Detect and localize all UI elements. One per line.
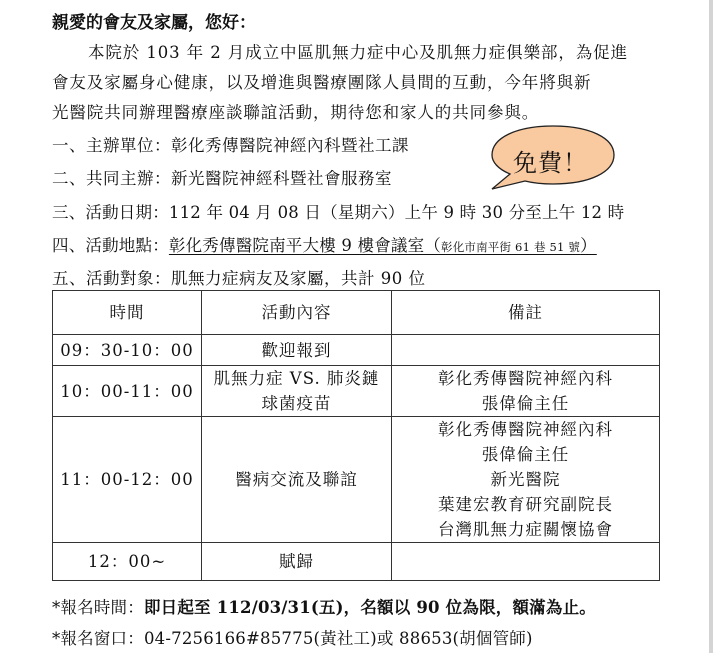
cell-time: 09：30-10：00	[53, 335, 202, 366]
registration-time-label: *報名時間：	[52, 598, 144, 617]
registration-contact: *報名窗口：04-7256166#85775(黃社工)或 88653(胡個管師)	[52, 625, 533, 649]
free-badge-text: 免費！	[513, 143, 588, 178]
notes-line: 葉建宏教育研究副院長	[396, 492, 655, 517]
activity-line: 肌無力症 VS. 肺炎鏈	[206, 366, 387, 391]
cell-notes: 彰化秀傳醫院神經內科 張偉倫主任	[392, 366, 660, 417]
registration-time: *報名時間：即日起至 112/03/31(五)，名額以 90 位為限，額滿為止。	[52, 594, 596, 618]
header-activity: 活動內容	[202, 291, 392, 335]
location-close: ）	[580, 236, 597, 255]
item-value: 彰化秀傳醫院神經內科暨社工課	[171, 136, 409, 155]
item-value: 112 年 04 月 08 日（星期六）上午 9 時 30 分至上午 12 時	[169, 203, 624, 222]
cell-notes	[392, 335, 660, 366]
cell-activity: 歡迎報到	[202, 335, 392, 366]
cell-notes: 彰化秀傳醫院神經內科 張偉倫主任 新光醫院 葉建宏教育研究副院長 台灣肌無力症關…	[392, 417, 660, 543]
location-address: 彰化市南平街 61 巷 51 號	[441, 240, 580, 254]
item-organizer: 一、主辦單位：彰化秀傳醫院神經內科暨社工課	[52, 132, 409, 156]
cell-activity: 賦歸	[202, 543, 392, 581]
notes-line: 張偉倫主任	[396, 442, 655, 467]
registration-time-value: 即日起至 112/03/31(五)，名額以 90 位為限，額滿為止。	[144, 598, 596, 617]
schedule-table: 時間 活動內容 備註 09：30-10：00 歡迎報到 10：00-11：00 …	[52, 290, 660, 581]
table-header-row: 時間 活動內容 備註	[53, 291, 660, 335]
cell-activity: 肌無力症 VS. 肺炎鏈 球菌疫苗	[202, 366, 392, 417]
notes-line: 台灣肌無力症關懷協會	[396, 517, 655, 542]
cell-notes	[392, 543, 660, 581]
greeting-heading: 親愛的會友及家屬，您好：	[52, 8, 256, 33]
item-label: 五、活動對象：	[52, 269, 171, 288]
notes-line: 新光醫院	[396, 467, 655, 492]
notes-line: 張偉倫主任	[396, 391, 655, 416]
notes-line: 彰化秀傳醫院神經內科	[396, 417, 655, 442]
cell-time: 12：00~	[53, 543, 202, 581]
location-venue: 彰化秀傳醫院南平大樓 9 樓會議室（	[169, 236, 441, 255]
item-label: 一、主辦單位：	[52, 136, 171, 155]
table-row: 09：30-10：00 歡迎報到	[53, 335, 660, 366]
notes-line: 彰化秀傳醫院神經內科	[396, 366, 655, 391]
table-row: 12：00~ 賦歸	[53, 543, 660, 581]
activity-line: 球菌疫苗	[206, 391, 387, 416]
intro-line-1: 本院於 103 年 2 月成立中區肌無力症中心及肌無力症俱樂部，為促進	[52, 38, 662, 68]
registration-contact-label: *報名窗口：	[52, 629, 144, 648]
item-value: 新光醫院神經科暨社會服務室	[171, 169, 392, 188]
intro-paragraph: 本院於 103 年 2 月成立中區肌無力症中心及肌無力症俱樂部，為促進 會友及家…	[52, 38, 662, 128]
item-label: 三、活動日期：	[52, 203, 169, 222]
item-value: 肌無力症病友及家屬，共計 90 位	[171, 269, 426, 288]
item-audience: 五、活動對象：肌無力症病友及家屬，共計 90 位	[52, 265, 426, 289]
registration-contact-value: 04-7256166#85775(黃社工)或 88653(胡個管師)	[144, 629, 533, 648]
item-label: 二、共同主辦：	[52, 169, 171, 188]
item-date: 三、活動日期：112 年 04 月 08 日（星期六）上午 9 時 30 分至上…	[52, 199, 624, 223]
table-row: 10：00-11：00 肌無力症 VS. 肺炎鏈 球菌疫苗 彰化秀傳醫院神經內科…	[53, 366, 660, 417]
location-text: 彰化秀傳醫院南平大樓 9 樓會議室（彰化市南平街 61 巷 51 號）	[169, 236, 597, 255]
item-label: 四、活動地點：	[52, 236, 169, 255]
intro-line-2: 會友及家屬身心健康，以及增進與醫療團隊人員間的互動，今年將與新	[52, 68, 662, 98]
page-edge-scrollbar	[709, 0, 713, 653]
cell-time: 10：00-11：00	[53, 366, 202, 417]
table-row: 11：00-12：00 醫病交流及聯誼 彰化秀傳醫院神經內科 張偉倫主任 新光醫…	[53, 417, 660, 543]
header-time: 時間	[53, 291, 202, 335]
cell-activity: 醫病交流及聯誼	[202, 417, 392, 543]
header-notes: 備註	[392, 291, 660, 335]
cell-time: 11：00-12：00	[53, 417, 202, 543]
item-location: 四、活動地點：彰化秀傳醫院南平大樓 9 樓會議室（彰化市南平街 61 巷 51 …	[52, 232, 597, 256]
item-co-organizer: 二、共同主辦：新光醫院神經科暨社會服務室	[52, 165, 392, 189]
